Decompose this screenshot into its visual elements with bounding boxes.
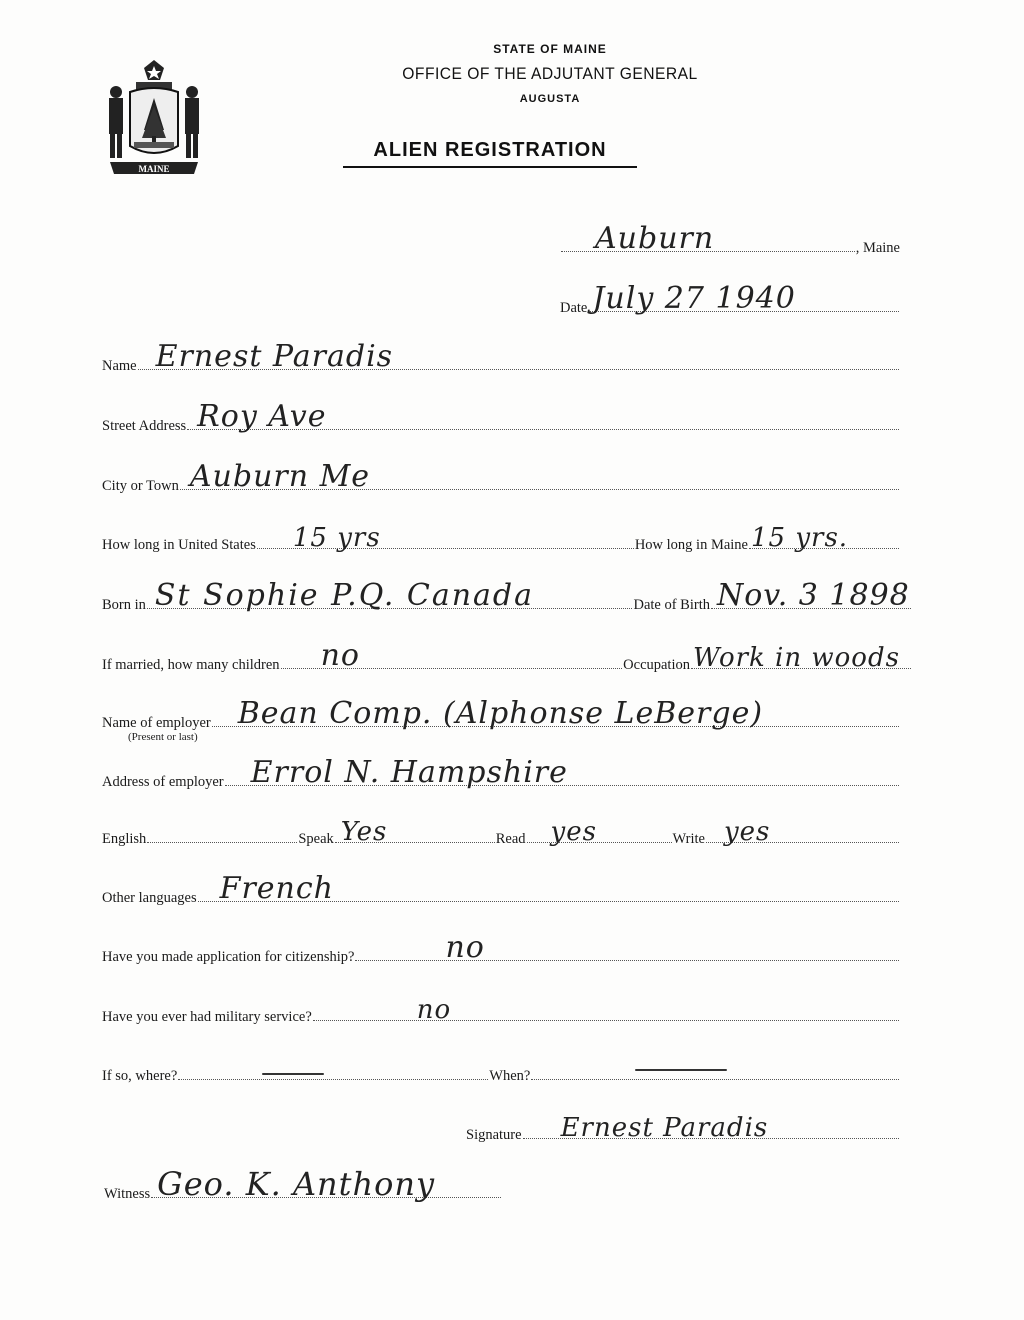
occupation-label: Occupation bbox=[623, 657, 690, 674]
where-field[interactable] bbox=[178, 1078, 488, 1080]
employer-sublabel: (Present or last) bbox=[128, 731, 198, 743]
signature-field[interactable]: Ernest Paradis bbox=[523, 1137, 899, 1139]
children-label: If married, how many children bbox=[102, 657, 280, 674]
where-label: If so, where? bbox=[102, 1068, 177, 1085]
date-row: Date July 27 1940 bbox=[560, 300, 900, 317]
city-value: Auburn Me bbox=[190, 462, 370, 492]
employer-address-row: Address of employer Errol N. Hampshire bbox=[102, 774, 900, 791]
street-label: Street Address bbox=[102, 418, 186, 435]
maine-duration-value: 15 yrs. bbox=[751, 525, 848, 551]
when-field[interactable] bbox=[531, 1078, 899, 1080]
employer-label: Name of employer bbox=[102, 715, 211, 732]
employer-row: Name of employer Bean Comp. (Alphonse Le… bbox=[102, 715, 900, 732]
location-row: Auburn , Maine bbox=[560, 240, 900, 257]
other-languages-value: French bbox=[220, 874, 334, 904]
header-state: STATE OF MAINE bbox=[300, 42, 800, 56]
military-value: no bbox=[417, 997, 451, 1023]
dob-field[interactable]: Nov. 3 1898 bbox=[711, 607, 911, 609]
maine-duration-label: How long in Maine bbox=[635, 537, 748, 554]
occupation-value: Work in woods bbox=[693, 645, 900, 671]
svg-text:MAINE: MAINE bbox=[139, 164, 170, 174]
location-suffix: , Maine bbox=[856, 240, 900, 257]
street-value: Roy Ave bbox=[197, 402, 326, 432]
employer-address-label: Address of employer bbox=[102, 774, 224, 791]
english-row: English Speak Yes Read yes Write yes bbox=[102, 831, 900, 848]
witness-field[interactable]: Geo. K. Anthony bbox=[151, 1196, 501, 1198]
city-label: City or Town bbox=[102, 478, 179, 495]
when-label: When? bbox=[489, 1068, 530, 1085]
header-city: AUGUSTA bbox=[300, 93, 800, 105]
citizenship-field[interactable]: no bbox=[355, 959, 899, 961]
read-value: yes bbox=[551, 819, 597, 845]
speak-field[interactable]: Yes bbox=[335, 841, 495, 843]
us-duration-value: 15 yrs bbox=[293, 525, 381, 551]
children-field[interactable]: no bbox=[281, 667, 623, 669]
employer-field[interactable]: Bean Comp. (Alphonse LeBerge) bbox=[212, 725, 899, 727]
children-value: no bbox=[321, 641, 360, 671]
name-value: Ernest Paradis bbox=[156, 342, 393, 372]
military-label: Have you ever had military service? bbox=[102, 1009, 312, 1026]
us-duration-label: How long in United States bbox=[102, 537, 256, 554]
read-field[interactable]: yes bbox=[527, 841, 672, 843]
dob-label: Date of Birth bbox=[633, 597, 710, 614]
us-duration-field[interactable]: 15 yrs bbox=[257, 547, 634, 549]
english-dots bbox=[147, 841, 297, 843]
name-field[interactable]: Ernest Paradis bbox=[138, 368, 899, 370]
street-row: Street Address Roy Ave bbox=[102, 418, 900, 435]
employer-address-value: Errol N. Hampshire bbox=[251, 758, 568, 788]
other-languages-field[interactable]: French bbox=[198, 900, 899, 902]
read-label: Read bbox=[496, 831, 526, 848]
military-field[interactable]: no bbox=[313, 1019, 899, 1021]
maine-duration-field[interactable]: 15 yrs. bbox=[749, 547, 899, 549]
employer-address-field[interactable]: Errol N. Hampshire bbox=[225, 784, 899, 786]
born-in-label: Born in bbox=[102, 597, 146, 614]
children-row: If married, how many children no Occupat… bbox=[102, 657, 912, 674]
speak-value: Yes bbox=[341, 819, 388, 845]
when-dash bbox=[635, 1069, 727, 1071]
date-label: Date bbox=[560, 300, 587, 317]
write-label: Write bbox=[673, 831, 705, 848]
where-when-row: If so, where? When? bbox=[102, 1068, 900, 1085]
name-row: Name Ernest Paradis bbox=[102, 358, 900, 375]
street-field[interactable]: Roy Ave bbox=[187, 428, 899, 430]
date-value: July 27 1940 bbox=[592, 284, 795, 314]
header-office: OFFICE OF THE ADJUTANT GENERAL bbox=[320, 64, 780, 84]
signature-label: Signature bbox=[466, 1127, 522, 1144]
other-languages-label: Other languages bbox=[102, 890, 197, 907]
location-value: Auburn bbox=[595, 224, 714, 254]
city-field[interactable]: Auburn Me bbox=[180, 488, 899, 490]
citizenship-row: Have you made application for citizenshi… bbox=[102, 949, 900, 966]
military-row: Have you ever had military service? no bbox=[102, 1009, 900, 1026]
other-languages-row: Other languages French bbox=[102, 890, 900, 907]
write-value: yes bbox=[724, 819, 770, 845]
date-field[interactable]: July 27 1940 bbox=[588, 310, 899, 312]
maine-state-seal-icon: MAINE bbox=[100, 58, 208, 180]
signature-row: Signature Ernest Paradis bbox=[466, 1127, 900, 1144]
born-in-value: St Sophie P.Q. Canada bbox=[155, 581, 534, 611]
witness-label: Witness bbox=[104, 1186, 150, 1203]
birth-row: Born in St Sophie P.Q. Canada Date of Bi… bbox=[102, 597, 912, 614]
duration-row: How long in United States 15 yrs How lon… bbox=[102, 537, 900, 554]
location-field[interactable]: Auburn bbox=[561, 250, 855, 252]
write-field[interactable]: yes bbox=[706, 841, 899, 843]
form-title: ALIEN REGISTRATION bbox=[343, 139, 637, 168]
born-in-field[interactable]: St Sophie P.Q. Canada bbox=[147, 607, 633, 609]
city-row: City or Town Auburn Me bbox=[102, 478, 900, 495]
signature-value: Ernest Paradis bbox=[561, 1115, 769, 1141]
name-label: Name bbox=[102, 358, 137, 375]
dob-value: Nov. 3 1898 bbox=[717, 581, 910, 611]
witness-row: Witness Geo. K. Anthony bbox=[104, 1186, 502, 1203]
english-label: English bbox=[102, 831, 146, 848]
where-dash bbox=[262, 1073, 324, 1075]
citizenship-value: no bbox=[445, 933, 484, 963]
employer-value: Bean Comp. (Alphonse LeBerge) bbox=[238, 699, 763, 729]
witness-value: Geo. K. Anthony bbox=[157, 1168, 435, 1200]
occupation-field[interactable]: Work in woods bbox=[691, 667, 911, 669]
speak-label: Speak bbox=[298, 831, 333, 848]
citizenship-label: Have you made application for citizenshi… bbox=[102, 949, 354, 966]
